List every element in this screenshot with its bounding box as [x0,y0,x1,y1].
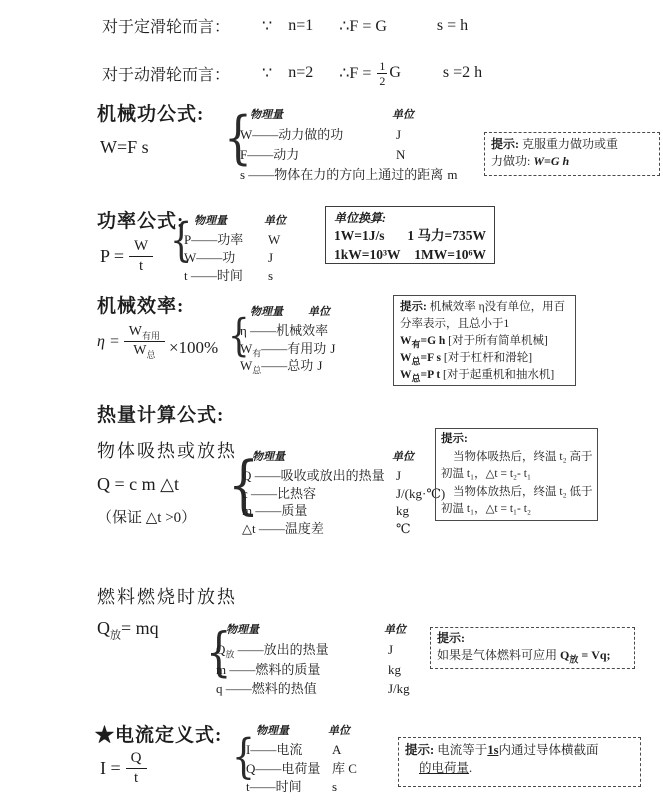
movable-pulley-line: 对于动滑轮而言： ∵ n=2 ∴F = 1 2 G s =2 h [102,54,482,92]
table-row: m ——质量 kg [242,502,445,520]
unit-cell: A [328,741,341,760]
because-symbol: ∵ [262,16,272,36]
hint-text: 力做功: [491,154,533,168]
conversion-cell: 1MW=10⁶W [414,245,486,264]
unit-cell: m [443,165,457,185]
unit-cell: J [313,357,322,375]
fuel-hint-box: 提示: 如果是气体燃料可应用 Q放 = Vq; [430,627,635,669]
efficiency-formula: η = W有用 W总 ×100% [97,324,218,359]
quantity-cell: P——功率 [184,231,264,249]
table-header: 物理量 单位 [184,212,286,228]
formula-fraction: W t [129,238,153,276]
unit-conversion-box: 单位换算: 1W=1J/s 1 马力=735W 1kW=10³W 1MW=10⁶… [325,206,495,264]
quantity-cell: q ——燃料的热值 [216,679,384,699]
hint-note: [对于杠杆和滑轮] [444,352,532,364]
unit-header: 单位 [392,448,414,464]
symbol: Q [216,642,225,657]
work-hint-box: 提示: 克服重力做功或重 力做功: W=G h [484,132,660,176]
table-header: 物理量 单位 [216,621,410,637]
unit-cell: J [264,249,273,267]
unit-header: 单位 [308,303,330,319]
quantity-cell: △t ——温度差 [242,520,392,538]
table-row: △t ——温度差 ℃ [242,520,445,538]
symbol: W [240,341,252,356]
quantity-cell: η ——机械效率 [240,322,328,340]
quantity-cell: W总——总功 [240,357,313,375]
formula-lhs: P = [100,246,124,267]
symbol: Q [560,648,569,662]
equation: = Vq; [578,648,610,662]
fixed-pulley-s: s = h [437,17,468,35]
formula-lhs: η = [97,333,120,351]
because-symbol: ∵ [262,63,272,83]
quantity-header: 物理量 [184,212,264,228]
hint-line: 初温 t₁，△t = t₂- t₁ [441,466,592,484]
unit-cell: s [264,267,273,285]
fraction-denominator: 2 [379,74,385,87]
heat-quantity-unit-table: 物理量 单位 Q ——吸收或放出的热量 J c ——比热容 J/(kg·℃) m… [242,448,445,537]
fraction-denominator: W总 [128,342,160,359]
hint-underlined: 的电荷量 [419,761,469,775]
quantity-cell: m ——质量 [242,502,392,520]
unit-cell: W [264,231,280,249]
num-subscript: 有用 [142,331,160,341]
description: ——燃料的质量 [226,662,320,677]
movable-pulley-s: s =2 h [443,64,482,82]
unit-header: 单位 [328,722,350,738]
unit-header: 单位 [392,106,414,122]
conversion-cell: 1W=1J/s [334,226,407,245]
table-header: 物理量 单位 [240,303,335,319]
hint-formula: W有=G h [400,335,445,347]
hint-formula-line: W有=G h [对于所有简单机械] [400,333,569,350]
fraction-denominator: t [129,769,143,787]
table-row: q ——燃料的热值 J/kg [216,679,410,699]
hint-text: 如果是气体燃料可应用 [437,648,557,662]
fraction-denominator: t [134,257,148,275]
fraction-numerator: W有用 [124,324,165,342]
conversion-cell: 1kW=10³W [334,245,414,264]
hint-note: [对于所有简单机械] [448,335,548,347]
symbol: W [400,352,412,364]
power-formula: P = W t [100,238,153,276]
hint-line: 分率表示，且总小于1 [400,316,569,333]
movable-pulley-conclusion: ∴F = [339,63,371,83]
description: ——机械效率 [247,323,328,338]
hint-formula: W总=P t [400,369,440,381]
unit-cell: s [328,778,337,797]
table-row: W——动力做的功 J [240,125,457,145]
fixed-pulley-line: 对于定滑轮而言： ∵ n=1 ∴F = G s = h [102,14,468,37]
hint-text: . [469,761,472,775]
description: ——总功 [261,358,313,373]
fraction-numerator: 1 [377,60,387,74]
table-row: s ——物体在力的方向上通过的距离 m [240,165,457,185]
symbol-subscript: 有 [412,339,421,349]
movable-pulley-label: 对于动滑轮而言： [102,62,230,85]
description: ——有用功 [261,341,326,356]
quantity-header: 物理量 [240,106,392,122]
table-row: c ——比热容 J/(kg·℃) [242,485,445,503]
table-header: 物理量 单位 [240,106,457,122]
quantity-cell: c ——比热容 [242,485,392,503]
unit-cell: J [326,340,335,358]
symbol: W [400,335,412,347]
unit-cell: J/kg [384,679,410,699]
equation: =F s [421,352,442,364]
hint-text: 机械效率 η没有单位，用百 [430,301,565,313]
table-row: η ——机械效率 [240,322,335,340]
quantity-cell: Q ——吸收或放出的热量 [242,467,392,485]
table-row: Q ——吸收或放出的热量 J [242,467,445,485]
hint-text: 克服重力做功或重 [522,137,618,151]
unit-cell: kg [384,660,401,680]
hint-label: 提示: [441,431,592,449]
fraction-numerator: Q [126,750,147,769]
table-row: W——功 J [184,249,286,267]
den-subscript: 总 [146,350,155,360]
equation: =P t [421,369,441,381]
table-row: F——动力 N [240,145,457,165]
den-base: W [133,343,146,358]
equation: = mq [121,618,159,638]
table-row: W总——总功 J [240,357,335,375]
efficiency-hint-box: 提示: 机械效率 η没有单位，用百 分率表示，且总小于1 W有=G h [对于所… [393,295,576,386]
quantity-cell: Q——电荷量 [246,760,328,779]
mechanical-work-heading: 机械功公式: [97,99,204,126]
hint-label: 提示: [400,301,427,313]
heat-hint-box: 提示: 当物体吸热后，终温 t₂ 高于 初温 t₁，△t = t₂- t₁ 当物… [435,428,598,521]
quantity-header: 物理量 [246,722,328,738]
hint-formula: W=G h [533,154,569,168]
table-header: 物理量 单位 [246,722,357,738]
table-row: Q——电荷量 库 C [246,760,357,779]
quantity-cell: s ——物体在力的方向上通过的距离 [240,165,443,185]
formula-lhs: I = [100,758,121,779]
physics-formula-sheet: 对于定滑轮而言： ∵ n=1 ∴F = G s = h 对于动滑轮而言： ∵ n… [0,0,663,800]
hint-line: 力做功: W=G h [491,153,653,170]
hint-line: 当物体放热后，终温 t₂ 低于 [441,484,592,502]
unit-cell: 库 C [328,760,357,779]
unit-header: 单位 [264,212,286,228]
symbol: W [240,358,252,373]
formula-fraction: Q t [126,750,147,788]
description: ——放出的热量 [234,642,328,657]
hint-line: 当物体吸热后，终温 t₂ 高于 [441,449,592,467]
symbol: m [216,662,226,677]
hint-text: 内通过导体横截面 [498,743,598,757]
current-heading: ★电流定义式: [95,720,222,747]
fixed-pulley-conclusion: ∴F = G [339,16,387,36]
current-hint-box: 提示: 电流等于1s内通过导体横截面 的电荷量. [398,737,641,787]
quantity-cell: F——动力 [240,145,392,165]
unit-cell: J [384,640,393,660]
quantity-cell: t——时间 [246,778,328,797]
hint-note: [对于起重机和抽水机] [443,369,554,381]
hint-line: 初温 t₁，△t = t₁- t₂ [441,501,592,519]
hint-line: 提示: 机械效率 η没有单位，用百 [400,299,569,316]
quantity-cell: W——功 [184,249,264,267]
hint-formula-line: W总=P t [对于起重机和抽水机] [400,367,569,384]
hint-label: 提示: [405,743,434,757]
power-quantity-unit-table: 物理量 单位 P——功率 W W——功 J t ——时间 s [184,212,286,285]
symbol: Q [97,618,110,638]
table-row: t——时间 s [246,778,357,797]
symbol-subscript: 放 [110,630,121,642]
quantity-header: 物理量 [216,621,384,637]
heat-condition: （保证 △t >0） [97,506,196,527]
work-quantity-unit-table: 物理量 单位 W——动力做的功 J F——动力 N s ——物体在力的方向上通过… [240,106,457,185]
fixed-pulley-label: 对于定滑轮而言： [102,14,230,37]
hint-underlined: 1s [487,743,498,757]
hint-text: 电流等于 [434,743,487,757]
unit-header: 单位 [384,621,406,637]
unit-cell: kg [392,502,409,520]
table-row: P——功率 W [184,231,286,249]
formula-suffix: ×100% [169,338,218,358]
hint-formula: Q放 = Vq; [560,648,611,662]
quantity-cell: t ——时间 [184,267,264,285]
current-quantity-unit-table: 物理量 单位 I——电流 A Q——电荷量 库 C t——时间 s [246,722,357,797]
hint-line: 如果是气体燃料可应用 Q放 = Vq; [437,647,628,664]
quantity-cell: W——动力做的功 [240,125,392,145]
fuel-formula: Q放= mq [97,618,159,639]
hint-line: 提示: 克服重力做功或重 [491,136,653,153]
hint-line: 的电荷量. [405,759,634,777]
symbol: W [400,369,412,381]
conversion-cell: 1 马力=735W [407,226,486,245]
symbol: η [240,323,247,338]
table-row: I——电流 A [246,741,357,760]
symbol-subscript: 总 [252,366,261,376]
equation: =G h [421,335,446,347]
table-row: W有——有用功 J [240,340,335,358]
unit-cell: ℃ [392,520,411,538]
formula-fraction: W有用 W总 [124,324,165,359]
fraction-numerator: W [129,238,153,257]
table-row: Q放 ——放出的热量 J [216,640,410,660]
fixed-pulley-n: n=1 [288,17,313,35]
hint-formula-line: W总=F s [对于杠杆和滑轮] [400,350,569,367]
efficiency-quantity-unit-table: 物理量 单位 η ——机械效率 W有——有用功 J W总——总功 J [240,303,335,375]
fuel-quantity-unit-table: 物理量 单位 Q放 ——放出的热量 J m ——燃料的质量 kg q ——燃料的… [216,621,410,699]
table-row: m ——燃料的质量 kg [216,660,410,680]
quantity-cell: W有——有用功 [240,340,326,358]
movable-pulley-after-frac: G [389,64,401,82]
unit-cell: J [392,467,401,485]
quantity-cell: m ——燃料的质量 [216,660,384,680]
unit-box-title: 单位换算: [334,210,486,226]
unit-cell: N [392,145,405,165]
quantity-cell: Q放 ——放出的热量 [216,640,384,660]
table-header: 物理量 单位 [242,448,445,464]
table-row: t ——时间 s [184,267,286,285]
one-half-fraction: 1 2 [377,60,387,87]
hint-formula: W总=F s [400,352,441,364]
current-formula: I = Q t [100,750,147,788]
quantity-header: 物理量 [240,303,308,319]
heat-formula: Q = c m △t [97,474,179,495]
num-base: W [129,324,142,339]
symbol-subscript: 总 [412,356,421,366]
description: ——燃料的热值 [223,681,317,696]
hint-line: 提示: 电流等于1s内通过导体横截面 [405,741,634,759]
quantity-header: 物理量 [242,448,392,464]
symbol-subscript: 总 [412,373,421,383]
unit-conversion-row: 1kW=10³W 1MW=10⁶W [334,245,486,264]
hint-label: 提示: [437,630,628,647]
heat-subheading: 物体吸热或放热 [97,437,237,463]
hint-label: 提示: [491,137,519,151]
quantity-cell: I——电流 [246,741,328,760]
unit-cell [328,322,332,340]
fuel-heading: 燃料燃烧时放热 [97,583,237,609]
unit-conversion-row: 1W=1J/s 1 马力=735W [334,226,486,245]
efficiency-heading: 机械效率: [97,291,184,318]
mechanical-work-formula: W=F s [100,137,149,158]
movable-pulley-n: n=2 [288,64,313,82]
heat-heading: 热量计算公式: [97,400,224,427]
unit-cell: J [392,125,401,145]
